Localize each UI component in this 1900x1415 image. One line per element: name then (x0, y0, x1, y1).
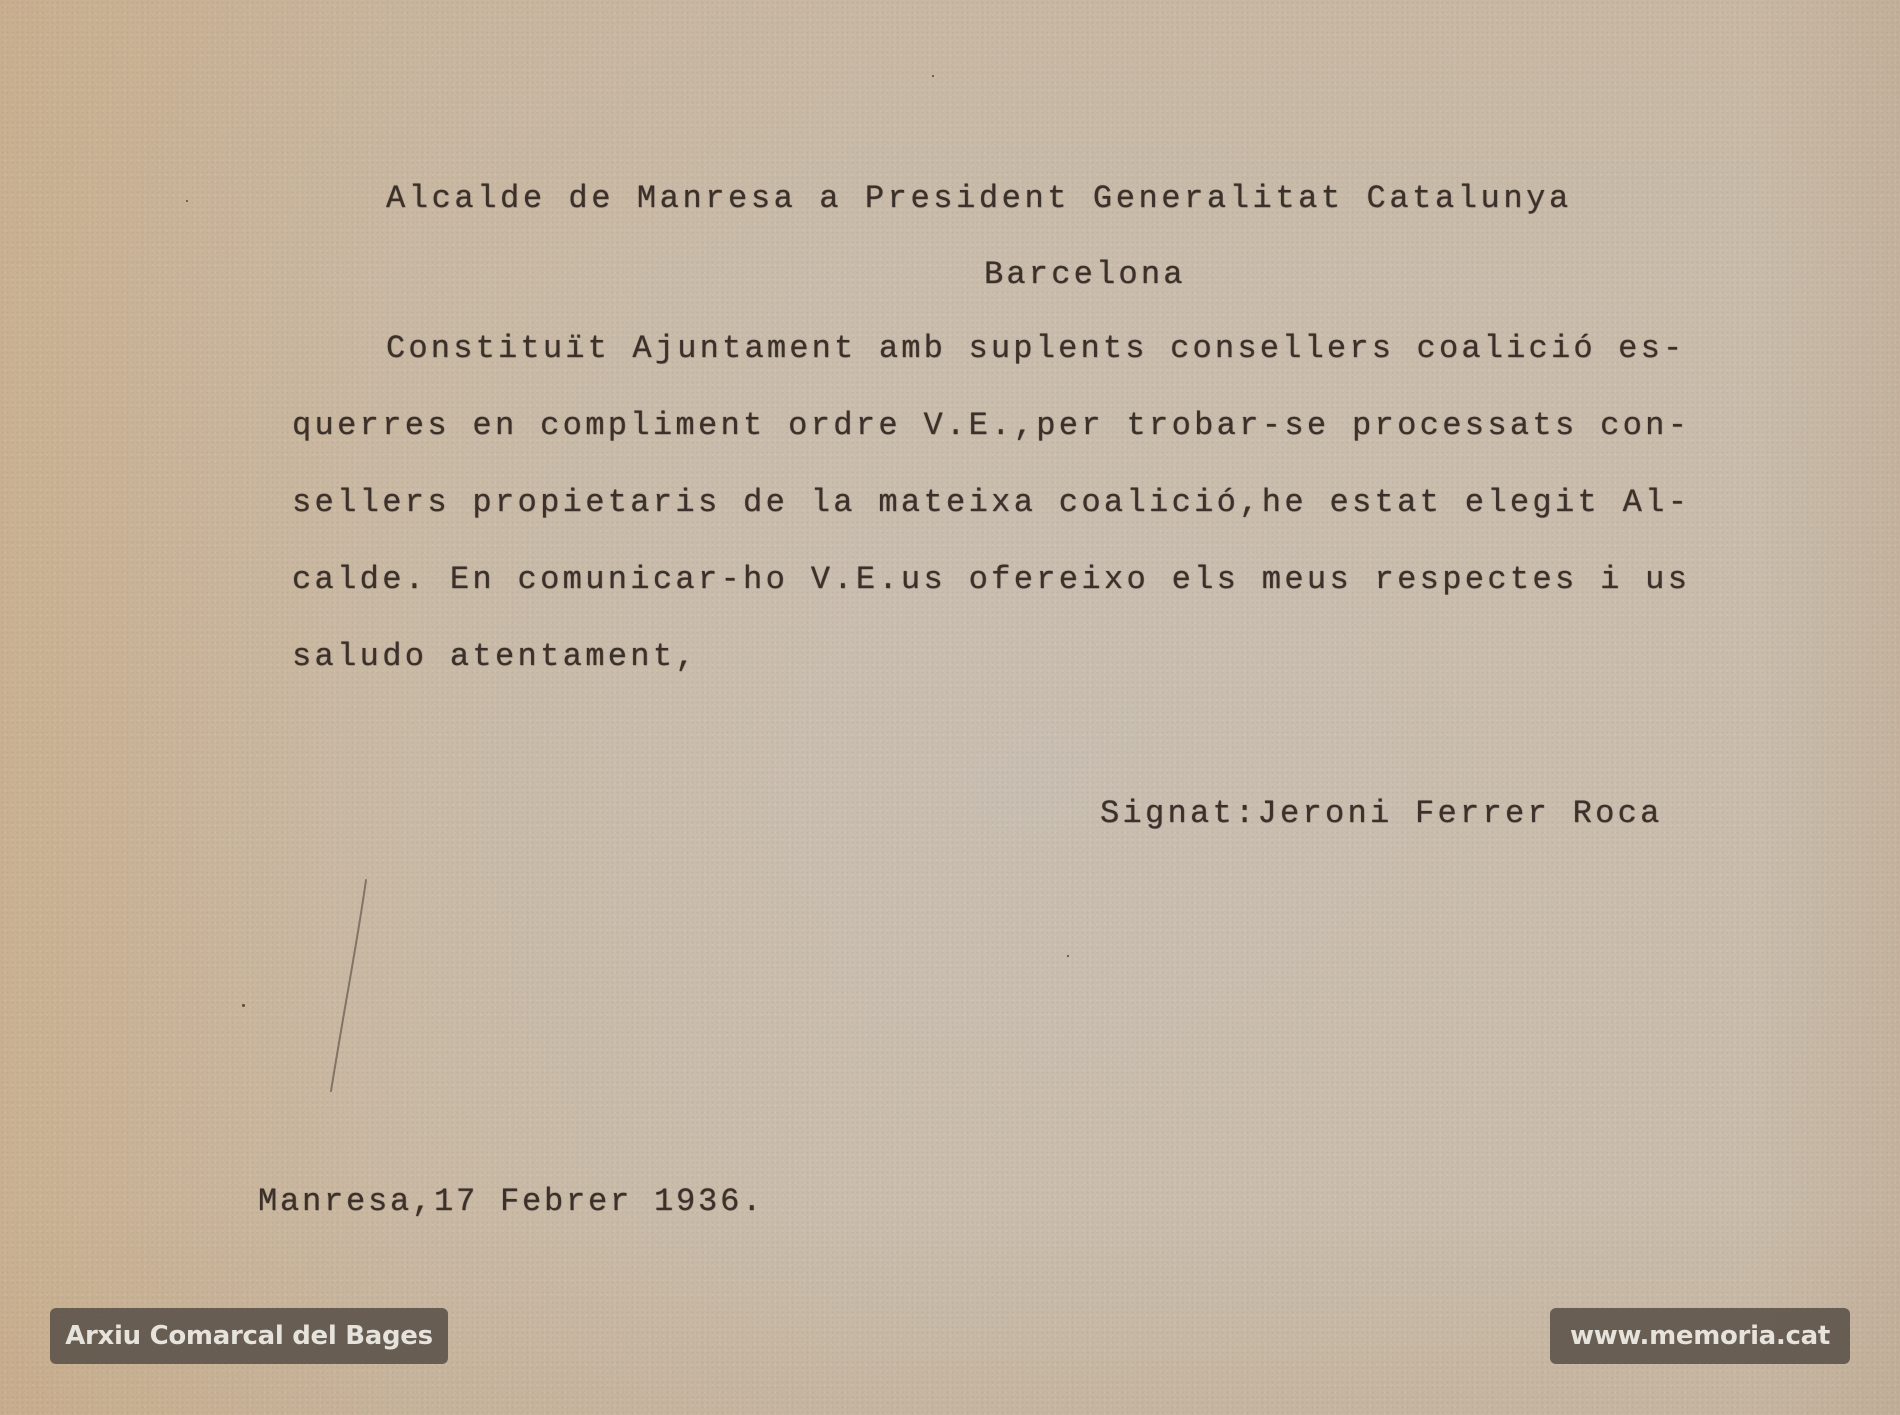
body-line: sellers propietaris de la mateixa coalic… (292, 484, 1690, 521)
letter-destination: Barcelona (984, 256, 1186, 293)
ink-speck (1067, 955, 1069, 957)
body-line: Constituït Ajuntament amb suplents conse… (386, 330, 1685, 367)
website-watermark-badge: www.memoria.cat (1550, 1308, 1850, 1364)
place-date-line: Manresa,17 Febrer 1936. (258, 1183, 764, 1220)
pencil-mark-icon (328, 878, 368, 1093)
body-line: saludo atentament, (292, 638, 698, 675)
ink-speck (186, 200, 188, 202)
archive-watermark-label: Arxiu Comarcal del Bages (65, 1321, 433, 1351)
body-line: querres en compliment ordre V.E.,per tro… (292, 407, 1690, 444)
archive-watermark-badge: Arxiu Comarcal del Bages (50, 1308, 448, 1364)
website-watermark-label: www.memoria.cat (1570, 1321, 1830, 1351)
body-line: calde. En comunicar-ho V.E.us ofereixo e… (292, 561, 1690, 598)
ink-speck (242, 1004, 245, 1007)
ink-speck (932, 75, 934, 77)
letter-heading: Alcalde de Manresa a President Generalit… (386, 180, 1572, 217)
signature-line: Signat:Jeroni Ferrer Roca (1100, 795, 1663, 832)
